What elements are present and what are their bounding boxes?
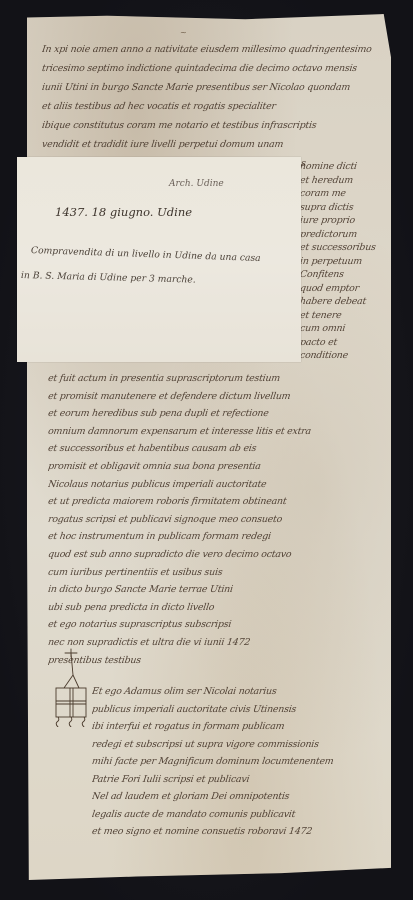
notary-signum-icon — [48, 647, 94, 727]
manuscript-line: nec non supradictis et ultra die vi iuni… — [48, 634, 383, 652]
manuscript-text-right-column: nomine dicti et heredum coram me supra d… — [300, 160, 386, 363]
label-description-line-1: Compravendita di un livello in Udine da … — [31, 245, 261, 264]
manuscript-line: in perpetuum — [300, 255, 386, 269]
manuscript-line: supra dictis — [300, 201, 386, 215]
manuscript-line: omnium damnorum expensarum et interesse … — [48, 423, 383, 441]
manuscript-line: et eorum heredibus sub pena dupli et ref… — [48, 405, 383, 423]
manuscript-line: et aliis testibus ad hec vocatis et roga… — [42, 97, 387, 116]
manuscript-line: et tenere — [300, 309, 386, 323]
manuscript-line: presentibus testibus — [48, 652, 383, 670]
manuscript-line: Et ego Adamus olim ser Nicolai notarius — [92, 683, 387, 701]
manuscript-line: redegi et subscripsi ut supra vigore com… — [92, 736, 387, 754]
manuscript-line: mihi facte per Magnificum dominum locumt… — [92, 753, 387, 771]
manuscript-line: ubi sub pena predicta in dicto livello — [48, 599, 383, 617]
manuscript-line: rogatus scripsi et publicavi signoque me… — [48, 511, 383, 529]
label-archive-name: Arch. Udine — [169, 179, 224, 189]
manuscript-line: Patrie Fori Iulii scripsi et publicavi — [92, 771, 387, 789]
manuscript-line: Nicolaus notarius publicus imperiali auc… — [48, 476, 383, 494]
manuscript-line: iunii Utini in burgo Sancte Marie presen… — [42, 78, 387, 97]
manuscript-line: iure proprio — [300, 214, 386, 228]
manuscript-line: predictorum — [300, 228, 386, 242]
manuscript-line: quod emptor — [300, 282, 386, 296]
manuscript-line: coram me — [300, 187, 386, 201]
manuscript-line: ibique constitutus coram me notario et t… — [42, 116, 387, 135]
manuscript-line: in dicto burgo Sancte Marie terrae Utini — [48, 581, 383, 599]
manuscript-line: et successoribus et habentibus causam ab… — [48, 440, 383, 458]
manuscript-line: tricesimo septimo indictione quintadecim… — [42, 59, 387, 78]
manuscript-line: quod est sub anno supradicto die vero de… — [48, 546, 383, 564]
header-mark: ~ — [180, 28, 187, 37]
archive-label-card: Arch. Udine 1437. 18 giugno. Udine Compr… — [17, 157, 301, 362]
manuscript-line: et successoribus — [300, 241, 386, 255]
manuscript-line: et meo signo et nomine consuetis roborav… — [92, 823, 387, 841]
manuscript-line: pacto et — [300, 336, 386, 350]
manuscript-line: habere debeat — [300, 295, 386, 309]
manuscript-line: et fuit actum in presentia suprascriptor… — [48, 370, 383, 388]
manuscript-line: Nel ad laudem et gloriam Dei omnipotenti… — [92, 788, 387, 806]
manuscript-line: et ut predicta maiorem roboris firmitate… — [48, 493, 383, 511]
manuscript-text-middle: et fuit actum in presentia suprascriptor… — [48, 370, 383, 669]
manuscript-line: cum omni — [300, 322, 386, 336]
label-date: 1437. 18 giugno. Udine — [55, 205, 192, 219]
manuscript-text-subscription: Et ego Adamus olim ser Nicolai notarius … — [92, 683, 387, 841]
manuscript-line: promisit et obligavit omnia sua bona pre… — [48, 458, 383, 476]
manuscript-line: et heredum — [300, 174, 386, 188]
manuscript-line: et hoc instrumentum in publicam formam r… — [48, 528, 383, 546]
manuscript-line: conditione — [300, 349, 386, 363]
manuscript-line: Confitens — [300, 268, 386, 282]
manuscript-line: publicus imperiali auctoritate civis Uti… — [92, 701, 387, 719]
manuscript-line: In xpi noie amen anno a nativitate eiusd… — [42, 40, 387, 59]
manuscript-line: nomine dicti — [300, 160, 386, 174]
manuscript-line: et ego notarius suprascriptus subscripsi — [48, 616, 383, 634]
manuscript-line: legalis aucte de mandato comunis publica… — [92, 806, 387, 824]
manuscript-line: ibi interfui et rogatus in formam public… — [92, 718, 387, 736]
manuscript-line: vendidit et tradidit iure livelli perpet… — [42, 135, 387, 154]
manuscript-line: cum iuribus pertinentiis et usibus suis — [48, 564, 383, 582]
manuscript-line: et promisit manutenere et defendere dict… — [48, 388, 383, 406]
label-description-line-2: in B. S. Maria di Udine per 3 marche. — [21, 270, 196, 286]
